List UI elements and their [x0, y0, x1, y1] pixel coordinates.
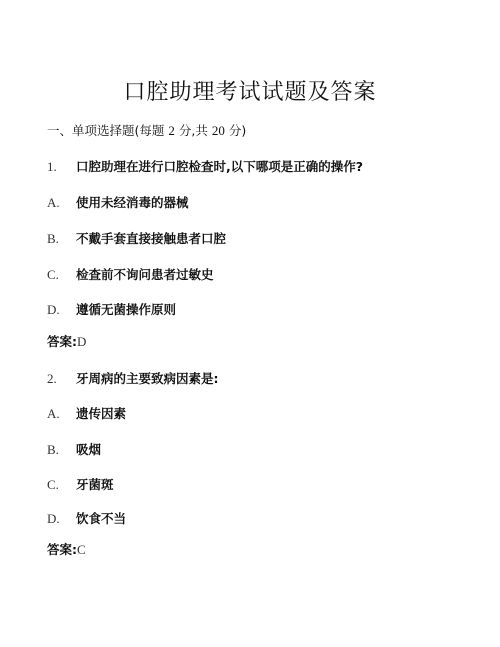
option-label: C.	[47, 477, 76, 493]
question-number: 2.	[47, 371, 76, 387]
question-text: 牙周病的主要致病因素是:	[76, 371, 219, 386]
answer-value: C	[77, 542, 86, 557]
option-text: 饮食不当	[76, 511, 126, 526]
option-label: A.	[47, 406, 76, 422]
question-2-option-d: D.饮食不当	[47, 511, 126, 527]
option-text: 不戴手套直接接触患者口腔	[76, 231, 226, 246]
points-each: 2	[168, 123, 175, 138]
section-heading-suffix: 分)	[229, 123, 246, 138]
points-unit: 分,共	[179, 123, 208, 138]
question-1: 1.口腔助理在进行口腔检查时,以下哪项是正确的操作?	[47, 159, 363, 175]
document-page: 口腔助理考试试题及答案 一、单项选择题(每题 2 分,共 20 分) 1.口腔助…	[0, 0, 500, 647]
option-text: 吸烟	[76, 442, 101, 457]
question-1-answer: 答案:D	[47, 334, 86, 350]
question-2-option-b: B.吸烟	[47, 442, 101, 458]
question-number: 1.	[47, 159, 76, 175]
document-title: 口腔助理考试试题及答案	[0, 79, 500, 107]
question-1-option-b: B.不戴手套直接接触患者口腔	[47, 231, 226, 247]
option-text: 使用未经消毒的器械	[76, 195, 189, 210]
section-heading: 一、单项选择题(每题 2 分,共 20 分)	[47, 123, 246, 139]
question-2-option-c: C.牙菌斑	[47, 477, 114, 493]
total-points: 20	[212, 123, 225, 138]
option-label: B.	[47, 442, 76, 458]
section-heading-prefix: 一、单项选择题(每题	[47, 123, 164, 138]
option-label: A.	[47, 195, 76, 211]
option-text: 牙菌斑	[76, 477, 114, 492]
option-label: D.	[47, 511, 76, 527]
option-label: D.	[47, 302, 76, 318]
question-1-option-a: A.使用未经消毒的器械	[47, 195, 189, 211]
option-label: B.	[47, 231, 76, 247]
question-2: 2.牙周病的主要致病因素是:	[47, 371, 219, 387]
question-text: 口腔助理在进行口腔检查时,以下哪项是正确的操作?	[76, 159, 363, 174]
question-1-option-d: D.遵循无菌操作原则	[47, 302, 176, 318]
question-1-option-c: C.检查前不询问患者过敏史	[47, 267, 214, 283]
option-text: 检查前不询问患者过敏史	[76, 267, 214, 282]
option-text: 遵循无菌操作原则	[76, 302, 176, 317]
option-label: C.	[47, 267, 76, 283]
question-2-answer: 答案:C	[47, 542, 86, 558]
answer-value: D	[77, 334, 86, 349]
answer-label: 答案:	[47, 542, 77, 557]
option-text: 遗传因素	[76, 406, 126, 421]
question-2-option-a: A.遗传因素	[47, 406, 126, 422]
answer-label: 答案:	[47, 334, 77, 349]
